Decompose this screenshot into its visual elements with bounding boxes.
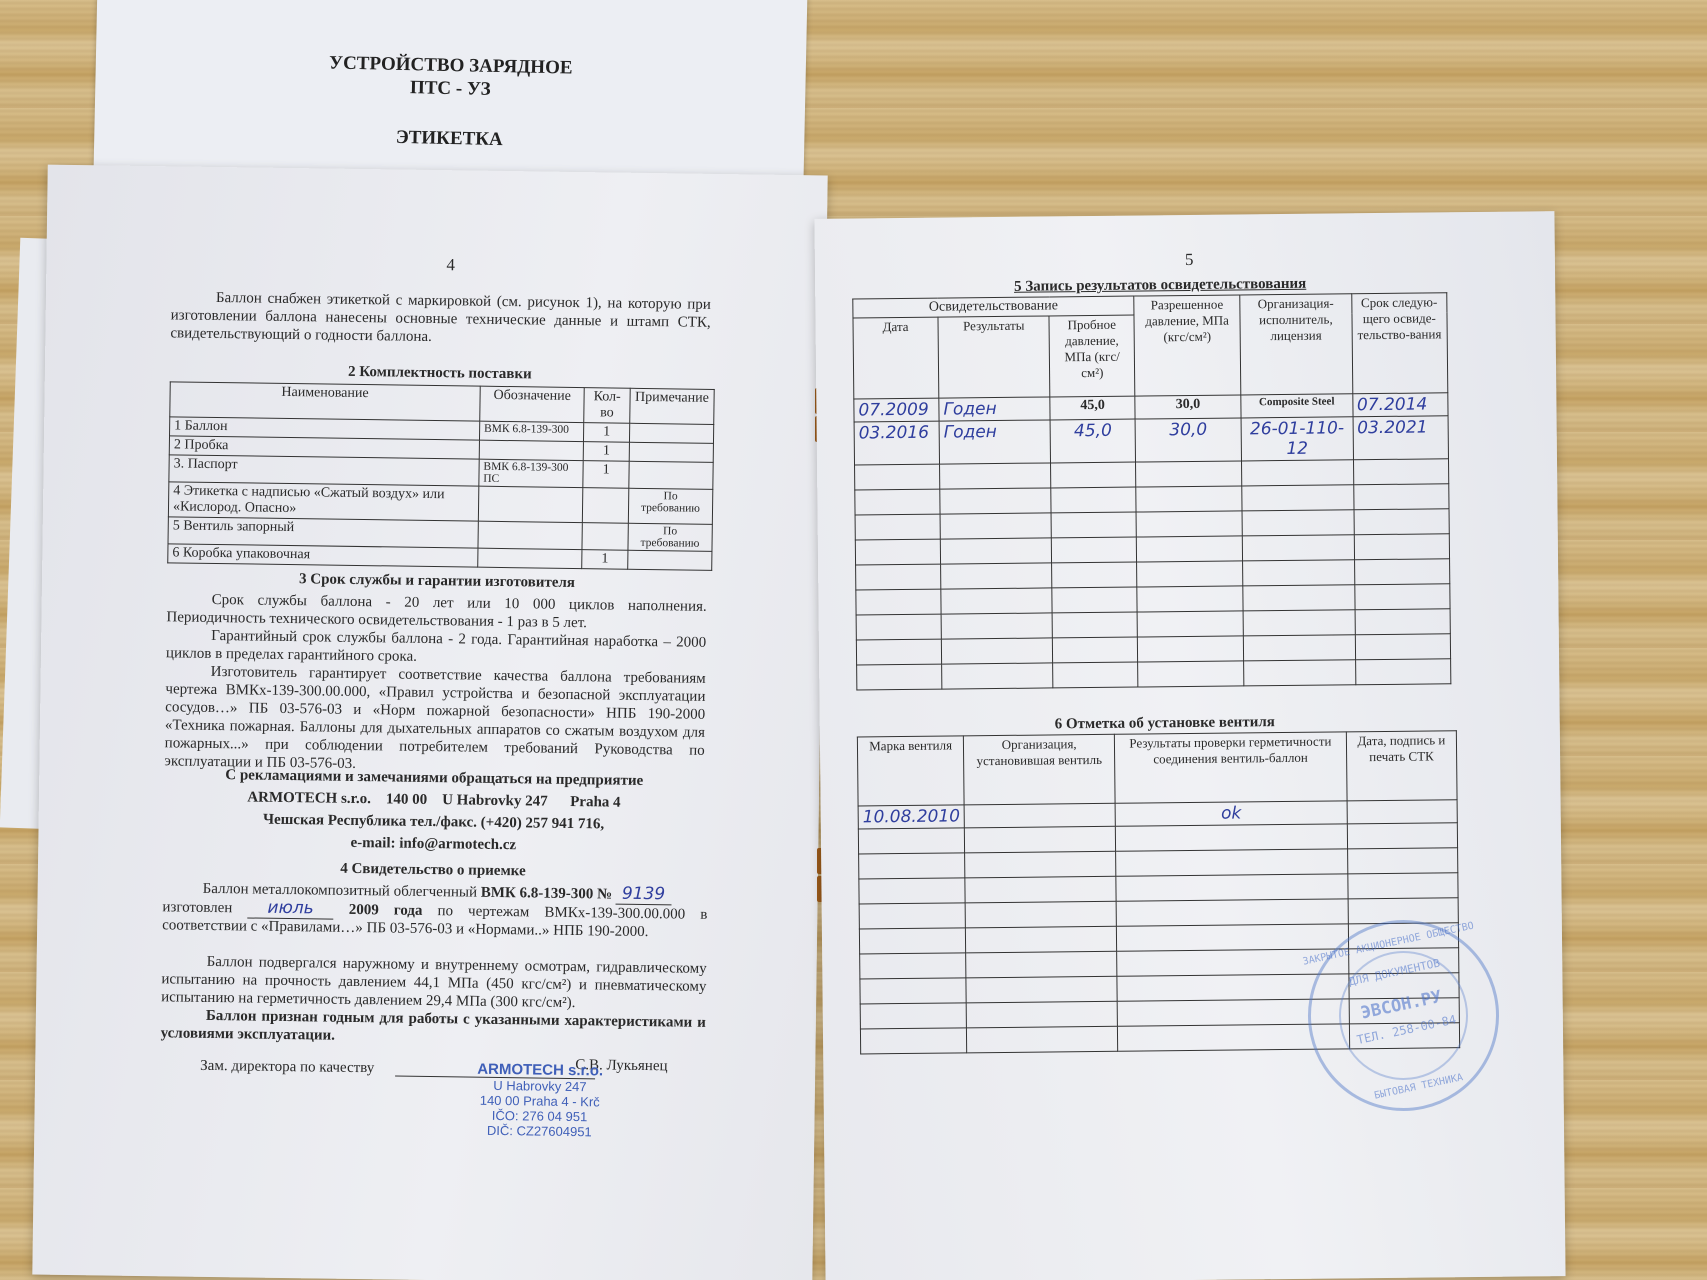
table-cell: 1 — [583, 461, 629, 489]
table-cell — [1353, 459, 1449, 485]
table-cell — [478, 521, 583, 549]
column-header: Результаты — [938, 316, 1050, 398]
column-header: Разрешенное давление, МПа (кгс/см²) — [1134, 295, 1241, 396]
column-header: Результаты проверки герметичности соедин… — [1114, 732, 1347, 803]
page-number: 5 — [1185, 250, 1194, 270]
table-cell — [1242, 535, 1354, 561]
handwritten-cell: 45,0 — [1050, 396, 1135, 420]
table-cell — [1242, 485, 1354, 511]
table-cell — [1244, 660, 1356, 686]
column-header: Кол-во — [584, 388, 630, 424]
table-cell — [855, 539, 940, 565]
table-cell: ВМК 6.8-139-300 ПС — [479, 459, 584, 487]
handwritten-cell: 07.2009 — [854, 398, 939, 422]
table-cell — [1053, 662, 1138, 688]
inspection-records-table: Освидетельствование Разрешенное давление… — [852, 292, 1451, 690]
table-cell — [1355, 634, 1451, 660]
section4-p1: Баллон металлокомпозитный облегченный ВМ… — [162, 878, 708, 942]
month-handwritten: июль — [247, 897, 334, 919]
table-cell — [1243, 560, 1355, 586]
table-cell — [860, 953, 967, 979]
handwritten-cell: 03.2021 — [1353, 416, 1449, 460]
handwritten-cell: 30,0 — [1135, 395, 1241, 419]
table-cell — [1116, 924, 1348, 951]
table-cell — [1347, 848, 1457, 874]
table-cell — [1116, 874, 1348, 901]
table-cell — [478, 548, 583, 568]
table-cell — [1136, 536, 1242, 562]
table-cell — [966, 976, 1117, 1003]
table-cell — [860, 1003, 967, 1029]
column-header: Пробное давление, МПа (кгс/см²) — [1049, 315, 1134, 397]
table-cell — [856, 639, 941, 665]
table-cell — [1051, 462, 1136, 488]
handwritten-cell: Composite Steel — [1241, 394, 1353, 418]
table-cell — [629, 461, 714, 489]
table-cell — [1355, 659, 1451, 685]
table-cell: 6 Коробка упаковочная — [168, 544, 478, 567]
table-cell — [1243, 610, 1355, 636]
table-cell — [1138, 661, 1244, 687]
table-cell — [1051, 512, 1136, 538]
table-cell — [940, 538, 1052, 564]
table-cell — [1242, 460, 1354, 486]
table-cell — [860, 978, 967, 1004]
table-cell — [858, 828, 965, 854]
column-header: Обозначение — [480, 386, 585, 422]
table-cell — [1243, 585, 1355, 611]
table-cell — [859, 903, 966, 929]
table-cell — [1354, 559, 1450, 585]
table-cell: 5 Вентиль запорный — [168, 517, 478, 548]
handwritten-cell: 07.2014 — [1352, 393, 1448, 417]
cover-label: ЭТИКЕТКА — [94, 121, 804, 158]
column-header: Срок следую-щего освиде-тельство-вания — [1351, 293, 1447, 394]
table-cell — [1137, 611, 1243, 637]
table-cell — [1137, 586, 1243, 612]
table-cell — [1242, 510, 1354, 536]
contact-address: ARMOTECH s.r.o. 140 00 U Habrovky 247 Pr… — [164, 788, 704, 813]
table-cell — [1137, 636, 1243, 662]
table-cell — [583, 488, 629, 524]
column-header: Организация-исполнитель, лицензия — [1240, 294, 1352, 395]
table-cell — [856, 614, 941, 640]
table-cell — [967, 1026, 1118, 1053]
table-cell — [1136, 511, 1242, 537]
table-cell: 1 — [584, 423, 630, 443]
table-cell — [941, 563, 1053, 589]
serial-number-handwritten: 9139 — [616, 884, 672, 906]
table-cell — [860, 1028, 967, 1054]
table-cell — [859, 853, 966, 879]
table-cell — [940, 513, 1052, 539]
table-cell — [1052, 537, 1137, 563]
table-cell — [941, 613, 1053, 639]
table-cell — [856, 564, 941, 590]
table-cell — [855, 464, 940, 490]
table-cell: 1 — [584, 442, 630, 462]
table-cell — [1136, 486, 1242, 512]
table-cell: ВМК 6.8-139-300 — [479, 421, 584, 441]
section4-p2: Баллон подвергался наружному и внутренне… — [161, 952, 707, 1014]
table-cell: По требованию — [628, 523, 713, 551]
table-cell — [1354, 509, 1450, 535]
table-cell — [967, 1001, 1118, 1028]
section3-title: 3 Срок службы и гарантии изготовителя — [167, 569, 707, 594]
table-cell — [855, 514, 940, 540]
table-cell — [966, 951, 1117, 978]
table-cell — [857, 664, 942, 690]
table-cell: 1 — [582, 550, 628, 570]
table-cell — [1053, 612, 1138, 638]
column-header: Примечание — [630, 388, 715, 424]
table-cell — [964, 803, 1115, 828]
table-cell: 4 Этикетка с надписью «Сжатый воздух» ил… — [168, 482, 478, 521]
table-cell: По требованию — [628, 488, 713, 524]
table-row: 03.2016Годен45,030,026-01-110-1203.2021 — [854, 416, 1448, 465]
table-cell — [1052, 562, 1137, 588]
table-cell — [859, 878, 966, 904]
table-cell — [1115, 824, 1347, 851]
handwritten-cell: 26-01-110-12 — [1241, 417, 1353, 461]
table-cell — [941, 638, 1053, 664]
intro-paragraph: Баллон снабжен этикеткой с маркировкой (… — [170, 288, 711, 350]
table-cell — [1347, 823, 1457, 849]
table-cell — [629, 423, 713, 443]
column-header: Организация, установившая вентиль — [964, 734, 1115, 805]
table-cell — [965, 901, 1116, 928]
table-cell — [1353, 484, 1449, 510]
table-cell — [1354, 584, 1450, 610]
table-cell — [856, 589, 941, 615]
table-cell — [1052, 587, 1137, 613]
table-cell — [1053, 637, 1138, 663]
table-cell — [479, 440, 584, 460]
table-cell — [1348, 873, 1458, 899]
contact-phone: Чешская Республика тел./факс. (+420) 257… — [164, 810, 704, 835]
table-cell — [859, 928, 966, 954]
table-cell: 3. Паспорт — [169, 455, 479, 486]
table-cell — [966, 926, 1117, 953]
table-cell — [1116, 899, 1348, 926]
handwritten-cell: 30,0 — [1135, 418, 1242, 462]
handwritten-cell: ok — [1115, 801, 1347, 826]
section3-p3: Изготовитель гарантирует соответствие ка… — [164, 662, 705, 778]
handwritten-cell: Годен — [939, 420, 1051, 464]
company-stamp: ARMOTECH s.r.o. U Habrovky 247 140 00 Pr… — [439, 1060, 640, 1140]
contact-email[interactable]: e-mail: info@armotech.cz — [163, 832, 703, 857]
table-cell — [478, 486, 583, 522]
table-cell — [582, 523, 628, 551]
table-cell — [1136, 461, 1242, 487]
left-page: 4 Баллон снабжен этикеткой с маркировкой… — [32, 165, 827, 1280]
table-cell — [1051, 487, 1136, 513]
passport-booklet: 4 Баллон снабжен этикеткой с маркировкой… — [40, 160, 1560, 1280]
table-cell — [1137, 561, 1243, 587]
handwritten-cell: 10.08.2010 — [858, 805, 965, 829]
handwritten-cell: 45,0 — [1050, 419, 1135, 463]
table-cell — [965, 851, 1116, 878]
table-cell — [942, 663, 1054, 689]
table-cell — [1243, 635, 1355, 661]
table-cell — [1354, 534, 1450, 560]
kit-table: НаименованиеОбозначениеКол-воПримечание … — [167, 381, 714, 571]
column-header: Наименование — [170, 382, 480, 421]
table-cell — [855, 489, 940, 515]
table-cell — [965, 826, 1116, 853]
table-cell — [629, 442, 713, 462]
section4-p3: Баллон признан годным для работы с указа… — [161, 1006, 706, 1050]
table-cell — [1347, 800, 1457, 824]
table-cell — [940, 488, 1052, 514]
column-header: Дата — [853, 317, 939, 399]
column-header: Дата, подпись и печать СТК — [1346, 731, 1457, 801]
table-cell — [1116, 849, 1348, 876]
handwritten-cell: Годен — [939, 397, 1051, 421]
table-row — [857, 659, 1451, 690]
table-cell — [627, 550, 711, 570]
page-number: 4 — [446, 255, 455, 275]
table-cell — [1355, 609, 1451, 635]
table-cell — [941, 588, 1053, 614]
right-page: 5 5 Запись результатов освидетельствован… — [814, 211, 1565, 1280]
table-cell — [940, 463, 1052, 489]
column-header: Марка вентиля — [857, 736, 964, 806]
handwritten-cell: 03.2016 — [854, 421, 939, 465]
table-cell — [965, 876, 1116, 903]
model-number: ВМК 6.8-139-300 № — [481, 885, 613, 903]
